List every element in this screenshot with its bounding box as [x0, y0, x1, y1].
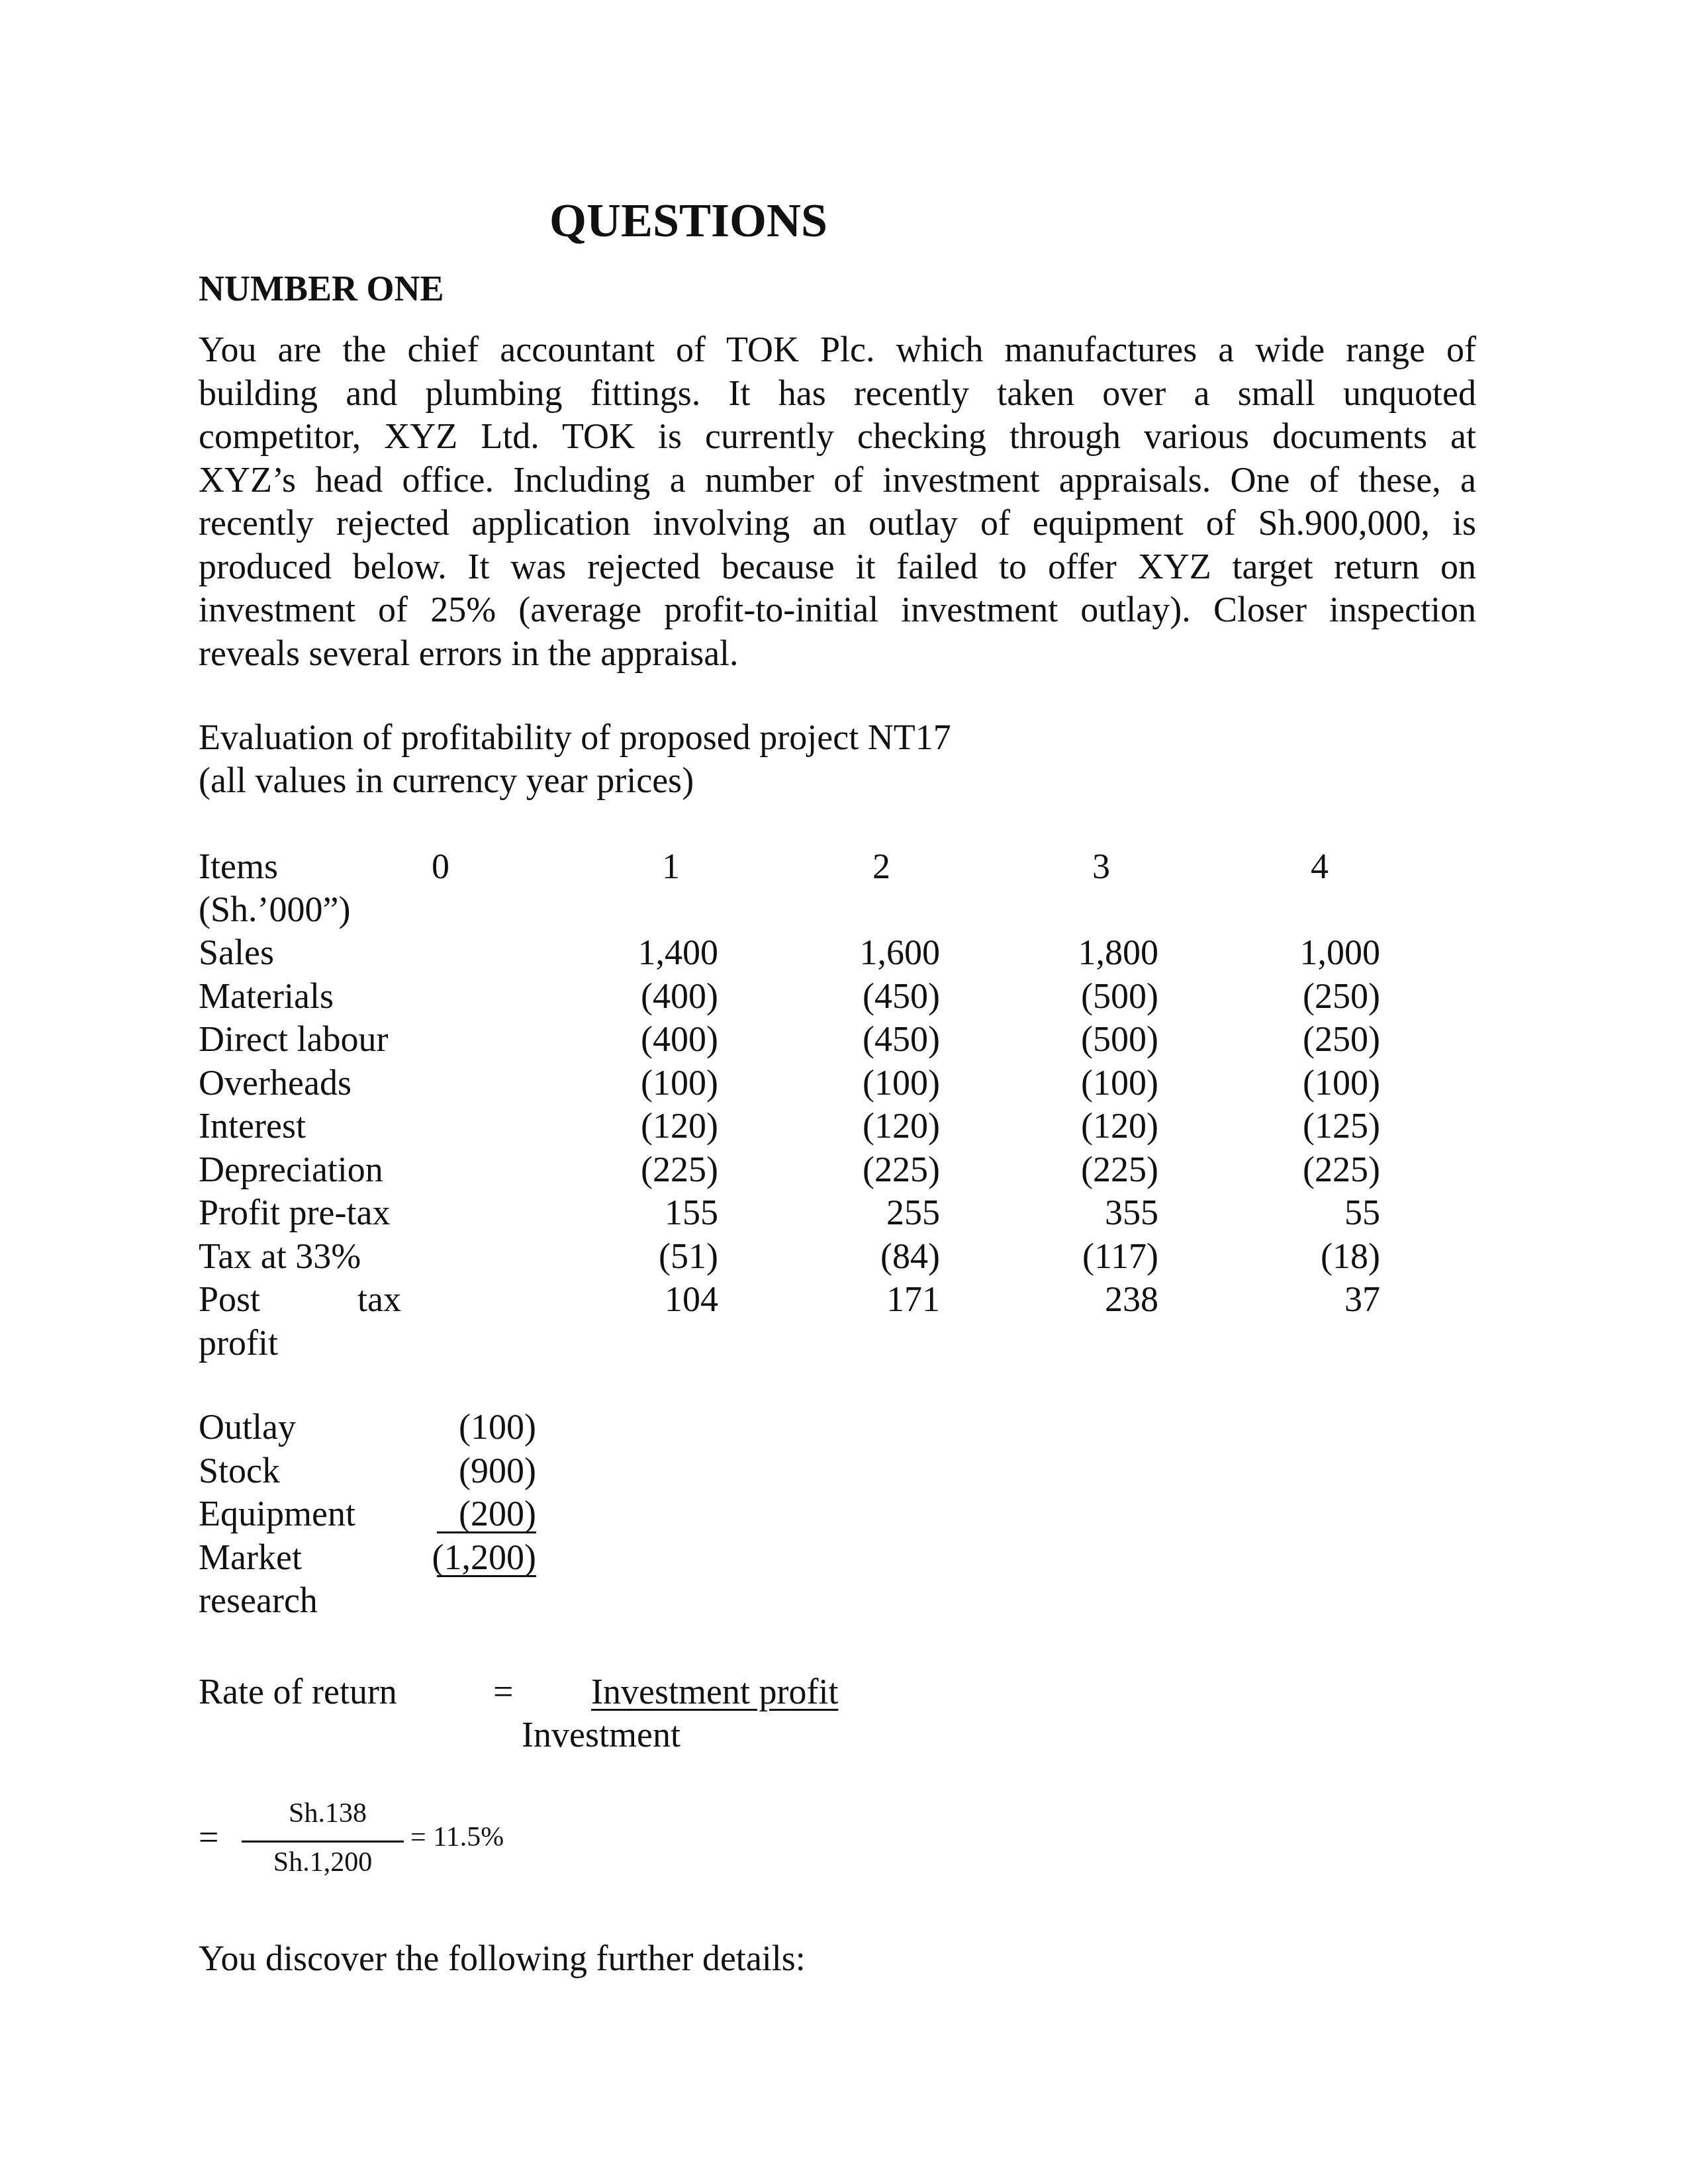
- row-label: Overheads: [199, 1062, 352, 1103]
- row-label: Profit pre-tax: [199, 1192, 390, 1233]
- question-heading: NUMBER ONE: [199, 268, 444, 309]
- row-label: Direct labour: [199, 1019, 388, 1060]
- table-cell: (18): [1248, 1236, 1380, 1277]
- table-cell: 355: [1026, 1192, 1158, 1233]
- table-cell: (400): [586, 976, 718, 1017]
- evaluation-subtitle: (all values in currency year prices): [199, 760, 694, 801]
- table-cell: (120): [1026, 1105, 1158, 1146]
- paragraph-line: XYZ’s head office. Including a number of…: [199, 459, 1476, 502]
- table-cell: 238: [1026, 1279, 1158, 1320]
- table-cell: (120): [586, 1105, 718, 1146]
- calc-result: = 11.5%: [410, 1821, 504, 1853]
- table-header-items: Items: [199, 846, 278, 887]
- page-title: QUESTIONS: [0, 193, 1377, 248]
- row-label: Sales: [199, 932, 274, 973]
- question-paragraph: You are the chief accountant of TOK Plc.…: [199, 328, 1476, 675]
- year-header-3: 3: [1092, 846, 1110, 887]
- outlay-value: (100): [404, 1406, 536, 1447]
- table-cell: (250): [1248, 976, 1380, 1017]
- evaluation-title: Evaluation of profitability of proposed …: [199, 717, 951, 758]
- paragraph-line: produced below. It was rejected because …: [199, 545, 1476, 589]
- table-cell: 1,400: [586, 932, 718, 973]
- table-cell: 1,000: [1248, 932, 1380, 973]
- row-label: Interest: [199, 1105, 306, 1146]
- table-cell: (250): [1248, 1019, 1380, 1060]
- row-label: tax: [357, 1279, 401, 1320]
- table-cell: (84): [808, 1236, 940, 1277]
- calc-numerator: Sh.138: [248, 1797, 407, 1829]
- table-cell: (225): [1248, 1149, 1380, 1190]
- formula-equals: =: [493, 1671, 513, 1712]
- table-cell: (225): [808, 1149, 940, 1190]
- fraction-bar: [242, 1841, 404, 1843]
- table-cell: (120): [808, 1105, 940, 1146]
- footer-text: You discover the following further detai…: [199, 1938, 806, 1979]
- year-header-0: 0: [432, 846, 449, 887]
- table-cell: 37: [1248, 1279, 1380, 1320]
- paragraph-line: recently rejected application involving …: [199, 502, 1476, 545]
- paragraph-line: You are the chief accountant of TOK Plc.…: [199, 328, 1476, 372]
- row-label: Tax at 33%: [199, 1236, 361, 1277]
- table-cell: 55: [1248, 1192, 1380, 1233]
- table-cell: (100): [1026, 1062, 1158, 1103]
- table-cell: (450): [808, 976, 940, 1017]
- table-cell: (117): [1026, 1236, 1158, 1277]
- year-header-4: 4: [1311, 846, 1329, 887]
- table-cell: 255: [808, 1192, 940, 1233]
- table-cell: (100): [1248, 1062, 1380, 1103]
- outlay-label: Market: [199, 1537, 302, 1578]
- table-cell: (225): [1026, 1149, 1158, 1190]
- paragraph-line: reveals several errors in the appraisal.: [199, 632, 1476, 676]
- outlay-value: (200): [404, 1493, 536, 1534]
- outlay-label: Outlay: [199, 1406, 296, 1447]
- subtotal-underline: [437, 1531, 536, 1533]
- outlay-label: research: [199, 1580, 318, 1621]
- calc-equals: =: [199, 1817, 218, 1858]
- table-cell: (500): [1026, 976, 1158, 1017]
- outlay-label: Equipment: [199, 1493, 355, 1534]
- table-header-units: (Sh.’000”): [199, 889, 350, 930]
- row-label: Post: [199, 1279, 260, 1320]
- paragraph-line: investment of 25% (average profit-to-ini…: [199, 588, 1476, 632]
- table-cell: 171: [808, 1279, 940, 1320]
- table-cell: (225): [586, 1149, 718, 1190]
- table-cell: 1,800: [1026, 932, 1158, 973]
- table-cell: (100): [586, 1062, 718, 1103]
- table-cell: (125): [1248, 1105, 1380, 1146]
- total-underline: [437, 1575, 536, 1577]
- paragraph-line: building and plumbing fittings. It has r…: [199, 372, 1476, 416]
- table-cell: 1,600: [808, 932, 940, 973]
- outlay-label: Stock: [199, 1450, 280, 1491]
- year-header-1: 1: [662, 846, 680, 887]
- paragraph-line: competitor, XYZ Ltd. TOK is currently ch…: [199, 415, 1476, 459]
- table-cell: (400): [586, 1019, 718, 1060]
- formula-lhs: Rate of return: [199, 1671, 397, 1712]
- table-cell: (51): [586, 1236, 718, 1277]
- table-cell: (100): [808, 1062, 940, 1103]
- year-header-2: 2: [872, 846, 890, 887]
- calc-denominator: Sh.1,200: [242, 1846, 404, 1878]
- table-cell: (450): [808, 1019, 940, 1060]
- row-label: Depreciation: [199, 1149, 383, 1190]
- table-cell: 104: [586, 1279, 718, 1320]
- outlay-value: (900): [404, 1450, 536, 1491]
- table-cell: 155: [586, 1192, 718, 1233]
- table-cell: (500): [1026, 1019, 1158, 1060]
- formula-numerator: Investment profit: [591, 1671, 838, 1712]
- outlay-value: (1,200): [404, 1537, 536, 1578]
- formula-denominator: Investment: [522, 1714, 680, 1755]
- row-label: Materials: [199, 976, 334, 1017]
- row-label: profit: [199, 1322, 278, 1363]
